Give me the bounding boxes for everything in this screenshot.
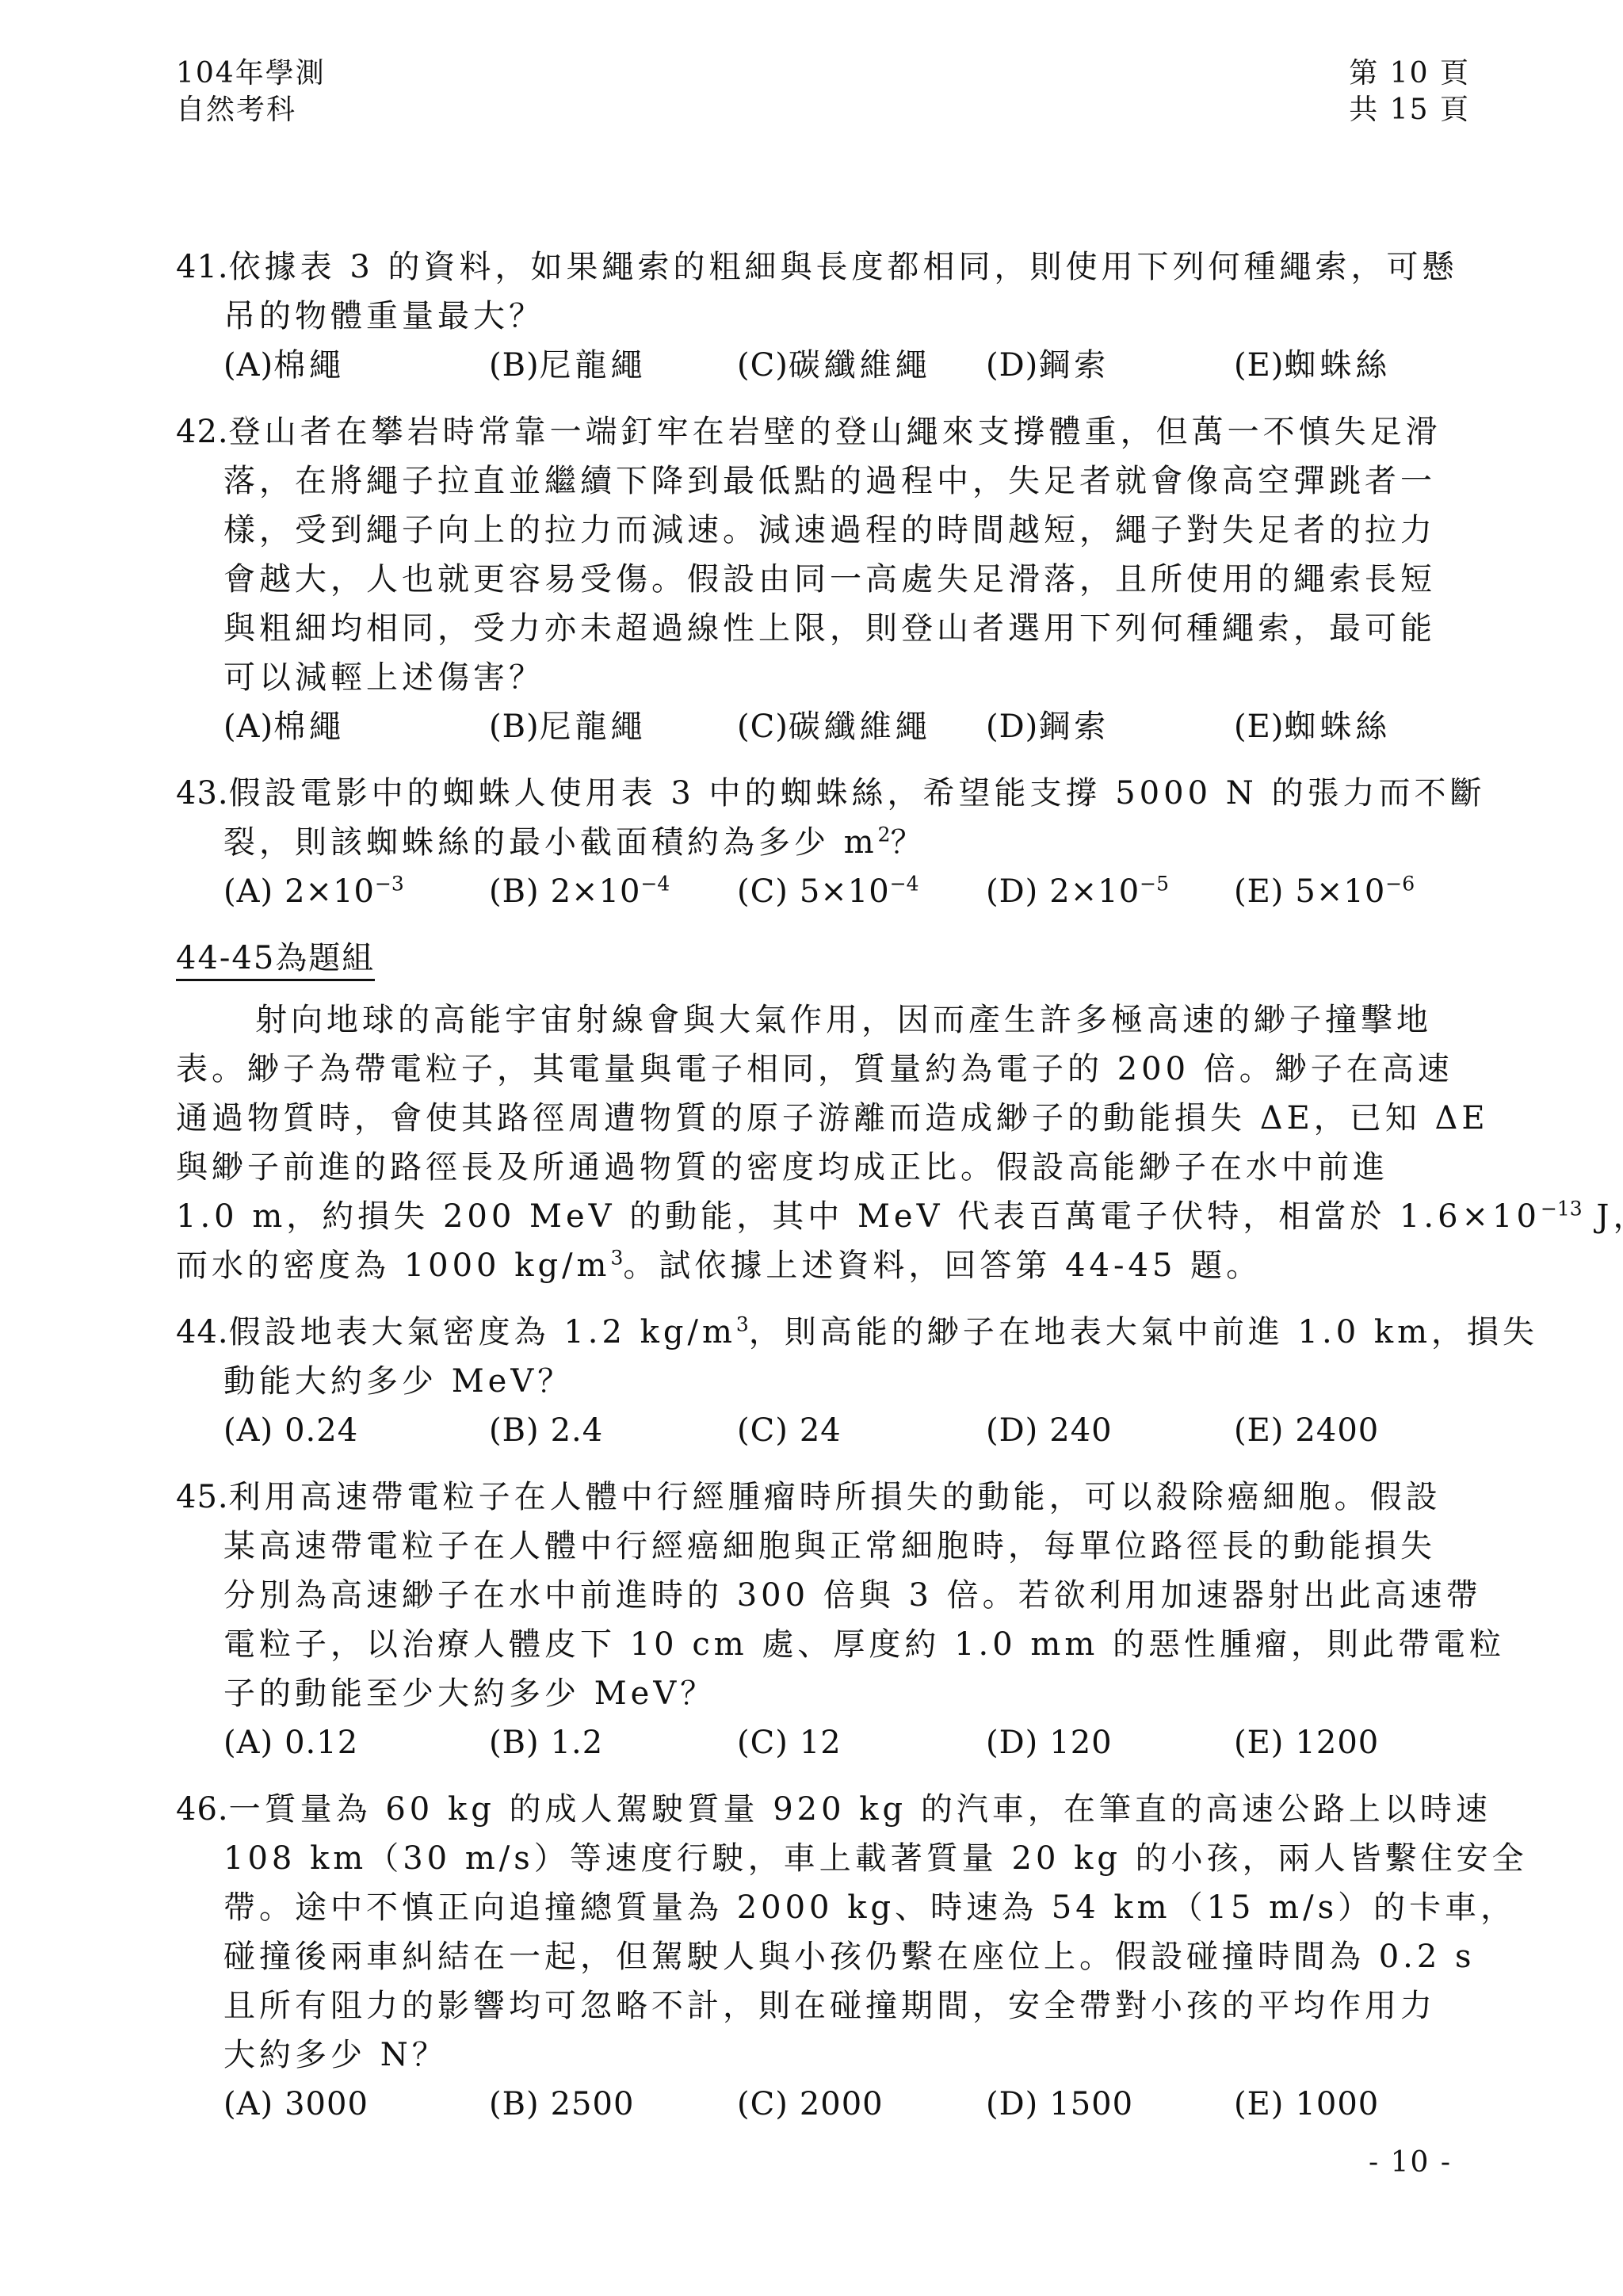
option-text: 2500	[551, 2086, 635, 2122]
group-heading: 44-45為題組	[176, 934, 1480, 983]
question-text: 假設電影中的蜘蛛人使用表 3 中的蜘蛛絲，希望能支撐 5000 N 的張力而不斷	[229, 769, 1486, 818]
group-heading-text: 44-45為題組	[176, 940, 375, 981]
header-left: 104年學測 自然考科	[176, 55, 326, 128]
question-number: 46.	[176, 1785, 229, 1834]
option-c: (C)12	[737, 1718, 986, 1767]
option-c: (C)碳纖維繩	[737, 702, 986, 751]
option-text: 棉繩	[273, 709, 345, 745]
option-text: 12	[800, 1725, 842, 1761]
option-text: 碳纖維繩	[789, 709, 931, 745]
options-row: (A)棉繩 (B)尼龍繩 (C)碳纖維繩 (D)鋼索 (E)蜘蛛絲	[176, 341, 1480, 390]
option-c: (C)2000	[737, 2080, 986, 2129]
option-label: (C)	[737, 709, 789, 745]
option-c: (C)5×10−4	[737, 867, 986, 916]
option-label: (E)	[1234, 873, 1284, 910]
option-label: (A)	[223, 709, 273, 745]
option-e: (E)1000	[1234, 2080, 1480, 2129]
option-text: 2×10−5	[1049, 873, 1169, 910]
option-text: 1000	[1295, 2086, 1379, 2122]
option-text: 1200	[1295, 1725, 1379, 1761]
option-c: (C)24	[737, 1406, 986, 1455]
question-text: ？	[891, 824, 926, 861]
options-row: (A)2×10−3 (B)2×10−4 (C)5×10−4 (D)2×10−5 …	[176, 867, 1480, 916]
option-b: (B)1.2	[489, 1718, 737, 1767]
option-text: 2×10−4	[551, 873, 670, 910]
option-d: (D)120	[986, 1718, 1234, 1767]
option-text: 24	[800, 1412, 842, 1449]
question-number: 45.	[176, 1473, 229, 1522]
option-label: (A)	[223, 347, 273, 384]
option-e: (E)5×10−6	[1234, 867, 1480, 916]
question-line: 裂，則該蜘蛛絲的最小截面積約為多少 m2？	[176, 818, 1480, 867]
question-line: 會越大，人也就更容易受傷。假設由同一高處失足滑落，且所使用的繩索長短	[176, 555, 1480, 604]
exam-page: 104年學測 自然考科 第 10 頁 共 15 頁 41. 依據表 3 的資料，…	[0, 0, 1623, 2296]
question-line: 碰撞後兩車糾結在一起，但駕駛人與小孩仍繫在座位上。假設碰撞時間為 0.2 s	[176, 1932, 1480, 1981]
question-line: 落，在將繩子拉直並繼續下降到最低點的過程中，失足者就會像高空彈跳者一	[176, 457, 1480, 506]
option-label: (E)	[1234, 1412, 1284, 1449]
exponent: −4	[890, 873, 919, 896]
option-text: 0.24	[285, 1412, 358, 1449]
option-b: (B)尼龍繩	[489, 702, 737, 751]
option-label: (B)	[489, 347, 540, 384]
option-c: (C)碳纖維繩	[737, 341, 986, 390]
question-number: 42.	[176, 407, 229, 457]
option-a: (A)0.24	[223, 1406, 489, 1455]
option-label: (C)	[737, 873, 789, 910]
option-text: 0.12	[285, 1725, 358, 1761]
option-d: (D)鋼索	[986, 341, 1234, 390]
question-line: 42. 登山者在攀岩時常靠一端釘牢在岩壁的登山繩來支撐體重，但萬一不慎失足滑	[176, 407, 1480, 457]
question-text: 一質量為 60 kg 的成人駕駛質量 920 kg 的汽車，在筆直的高速公路上以…	[229, 1785, 1491, 1834]
option-d: (D)鋼索	[986, 702, 1234, 751]
exponent: −4	[640, 873, 670, 896]
passage-line: 1.0 m，約損失 200 MeV 的動能，其中 MeV 代表百萬電子伏特，相當…	[176, 1192, 1480, 1241]
option-text: 2000	[800, 2086, 884, 2122]
option-label: (B)	[489, 1412, 540, 1449]
question-line: 可以減輕上述傷害？	[176, 653, 1480, 702]
question-45: 45. 利用高速帶電粒子在人體中行經腫瘤時所損失的動能，可以殺除癌細胞。假設 某…	[176, 1473, 1480, 1767]
option-d: (D)2×10−5	[986, 867, 1234, 916]
question-line: 子的動能至少大約多少 MeV？	[176, 1669, 1480, 1718]
option-label: (E)	[1234, 1725, 1284, 1761]
question-line: 46. 一質量為 60 kg 的成人駕駛質量 920 kg 的汽車，在筆直的高速…	[176, 1785, 1480, 1834]
option-label: (B)	[489, 2086, 540, 2122]
option-label: (C)	[737, 347, 789, 384]
option-label: (B)	[489, 709, 540, 745]
question-line: 43. 假設電影中的蜘蛛人使用表 3 中的蜘蛛絲，希望能支撐 5000 N 的張…	[176, 769, 1480, 818]
option-label: (A)	[223, 1725, 273, 1761]
question-line: 大約多少 N？	[176, 2030, 1480, 2080]
option-text: 鋼索	[1038, 709, 1109, 745]
option-d: (D)240	[986, 1406, 1234, 1455]
option-text: 蜘蛛絲	[1284, 709, 1391, 745]
question-text: 依據表 3 的資料，如果繩索的粗細與長度都相同，則使用下列何種繩索，可懸	[229, 243, 1480, 292]
option-e: (E)蜘蛛絲	[1234, 702, 1480, 751]
exam-title: 104年學測	[176, 55, 326, 92]
passage-line: 通過物質時，會使其路徑周遭物質的原子游離而造成緲子的動能損失 ΔE，已知 ΔE	[176, 1094, 1480, 1143]
question-line: 分別為高速緲子在水中前進時的 300 倍與 3 倍。若欲利用加速器射出此高速帶	[176, 1571, 1480, 1620]
question-line: 動能大約多少 MeV？	[176, 1357, 1480, 1406]
option-b: (B)尼龍繩	[489, 341, 737, 390]
exponent: −5	[1140, 873, 1169, 896]
question-line: 45. 利用高速帶電粒子在人體中行經腫瘤時所損失的動能，可以殺除癌細胞。假設	[176, 1473, 1480, 1522]
question-text: 假設地表大氣密度為 1.2 kg/m3，則高能的緲子在地表大氣中前進 1.0 k…	[229, 1308, 1538, 1357]
option-label: (D)	[986, 1412, 1038, 1449]
question-line: 某高速帶電粒子在人體中行經癌細胞與正常細胞時，每單位路徑長的動能損失	[176, 1522, 1480, 1571]
exponent: −3	[375, 873, 404, 896]
option-text: 碳纖維繩	[789, 347, 931, 384]
option-text: 5×10−4	[800, 873, 919, 910]
option-label: (A)	[223, 1412, 273, 1449]
option-a: (A)棉繩	[223, 702, 489, 751]
option-text: 尼龍繩	[540, 347, 647, 384]
option-text: 鋼索	[1038, 347, 1109, 384]
question-46: 46. 一質量為 60 kg 的成人駕駛質量 920 kg 的汽車，在筆直的高速…	[176, 1785, 1480, 2129]
option-text: 2400	[1295, 1412, 1379, 1449]
option-b: (B)2500	[489, 2080, 737, 2129]
subject-title: 自然考科	[176, 92, 326, 128]
option-label: (A)	[223, 873, 273, 910]
option-text: 2.4	[551, 1412, 604, 1449]
option-label: (E)	[1234, 347, 1284, 384]
page-number-footer: - 10 -	[1369, 2146, 1452, 2179]
passage-line: 而水的密度為 1000 kg/m3。試依據上述資料，回答第 44-45 題。	[176, 1241, 1480, 1290]
options-row: (A)0.12 (B)1.2 (C)12 (D)120 (E)1200	[176, 1718, 1480, 1767]
option-label: (B)	[489, 1725, 540, 1761]
option-text: 5×10−6	[1295, 873, 1415, 910]
exponent: −13	[1541, 1198, 1583, 1221]
option-a: (A)棉繩	[223, 341, 489, 390]
option-label: (D)	[986, 709, 1038, 745]
question-44: 44. 假設地表大氣密度為 1.2 kg/m3，則高能的緲子在地表大氣中前進 1…	[176, 1308, 1480, 1455]
option-label: (A)	[223, 2086, 273, 2122]
option-label: (D)	[986, 2086, 1038, 2122]
question-line: 與粗細均相同，受力亦未超過線性上限，則登山者選用下列何種繩索，最可能	[176, 604, 1480, 653]
option-e: (E)蜘蛛絲	[1234, 341, 1480, 390]
option-b: (B)2×10−4	[489, 867, 737, 916]
passage-line: 與緲子前進的路徑長及所通過物質的密度均成正比。假設高能緲子在水中前進	[176, 1143, 1480, 1192]
option-label: (E)	[1234, 709, 1284, 745]
option-text: 棉繩	[273, 347, 345, 384]
question-line: 44. 假設地表大氣密度為 1.2 kg/m3，則高能的緲子在地表大氣中前進 1…	[176, 1308, 1480, 1357]
option-label: (D)	[986, 1725, 1038, 1761]
option-label: (E)	[1234, 2086, 1284, 2122]
option-label: (C)	[737, 2086, 789, 2122]
page-indicator: 第 10 頁	[1349, 55, 1470, 92]
question-41: 41. 依據表 3 的資料，如果繩索的粗細與長度都相同，則使用下列何種繩索，可懸…	[176, 243, 1480, 390]
option-label: (D)	[986, 347, 1038, 384]
page-header: 104年學測 自然考科 第 10 頁 共 15 頁	[176, 55, 1470, 128]
question-line: 41. 依據表 3 的資料，如果繩索的粗細與長度都相同，則使用下列何種繩索，可懸	[176, 243, 1480, 292]
header-right: 第 10 頁 共 15 頁	[1349, 55, 1470, 128]
option-b: (B)2.4	[489, 1406, 737, 1455]
option-e: (E)2400	[1234, 1406, 1480, 1455]
option-text: 尼龍繩	[540, 709, 647, 745]
question-text: 裂，則該蜘蛛絲的最小截面積約為多少 m	[223, 824, 878, 861]
option-text: 1.2	[551, 1725, 604, 1761]
exponent: 3	[736, 1313, 749, 1336]
superscript: 2	[878, 823, 891, 846]
option-a: (A)0.12	[223, 1718, 489, 1767]
question-line: 且所有阻力的影響均可忽略不計，則在碰撞期間，安全帶對小孩的平均作用力	[176, 1981, 1480, 2030]
options-row: (A)3000 (B)2500 (C)2000 (D)1500 (E)1000	[176, 2080, 1480, 2129]
option-d: (D)1500	[986, 2080, 1234, 2129]
question-text: 登山者在攀岩時常靠一端釘牢在岩壁的登山繩來支撐體重，但萬一不慎失足滑	[229, 407, 1480, 457]
exponent: −6	[1385, 873, 1415, 896]
questions-area: 41. 依據表 3 的資料，如果繩索的粗細與長度都相同，則使用下列何種繩索，可懸…	[176, 243, 1480, 2146]
question-line: 吊的物體重量最大？	[176, 292, 1480, 341]
passage-line: 表。緲子為帶電粒子，其電量與電子相同，質量約為電子的 200 倍。緲子在高速	[176, 1045, 1480, 1094]
question-line: 帶。途中不慎正向追撞總質量為 2000 kg、時速為 54 km（15 m/s）…	[176, 1883, 1480, 1932]
page-number: - 10 -	[1369, 2146, 1452, 2179]
group-passage: 射向地球的高能宇宙射線會與大氣作用，因而產生許多極高速的緲子撞擊地 表。緲子為帶…	[176, 995, 1480, 1290]
option-a: (A)3000	[223, 2080, 489, 2129]
question-43: 43. 假設電影中的蜘蛛人使用表 3 中的蜘蛛絲，希望能支撐 5000 N 的張…	[176, 769, 1480, 916]
option-label: (C)	[737, 1412, 789, 1449]
question-number: 41.	[176, 243, 229, 292]
option-a: (A)2×10−3	[223, 867, 489, 916]
question-number: 43.	[176, 769, 229, 818]
options-row: (A)棉繩 (B)尼龍繩 (C)碳纖維繩 (D)鋼索 (E)蜘蛛絲	[176, 702, 1480, 751]
question-line: 108 km（30 m/s）等速度行駛，車上載著質量 20 kg 的小孩，兩人皆…	[176, 1834, 1480, 1883]
option-text: 3000	[285, 2086, 369, 2122]
option-text: 240	[1049, 1412, 1112, 1449]
option-text: 120	[1049, 1725, 1112, 1761]
exponent: 3	[610, 1247, 623, 1270]
option-text: 2×10−3	[285, 873, 404, 910]
question-text: 利用高速帶電粒子在人體中行經腫瘤時所損失的動能，可以殺除癌細胞。假設	[229, 1473, 1480, 1522]
option-text: 1500	[1049, 2086, 1133, 2122]
option-label: (D)	[986, 873, 1038, 910]
total-pages-indicator: 共 15 頁	[1349, 92, 1470, 128]
passage-line: 射向地球的高能宇宙射線會與大氣作用，因而產生許多極高速的緲子撞擊地	[176, 995, 1480, 1045]
options-row: (A)0.24 (B)2.4 (C)24 (D)240 (E)2400	[176, 1406, 1480, 1455]
question-line: 電粒子，以治療人體皮下 10 cm 處、厚度約 1.0 mm 的惡性腫瘤，則此帶…	[176, 1620, 1480, 1669]
question-line: 樣，受到繩子向上的拉力而減速。減速過程的時間越短，繩子對失足者的拉力	[176, 506, 1480, 555]
option-e: (E)1200	[1234, 1718, 1480, 1767]
question-42: 42. 登山者在攀岩時常靠一端釘牢在岩壁的登山繩來支撐體重，但萬一不慎失足滑 落…	[176, 407, 1480, 751]
option-label: (B)	[489, 873, 540, 910]
option-label: (C)	[737, 1725, 789, 1761]
option-text: 蜘蛛絲	[1284, 347, 1391, 384]
question-number: 44.	[176, 1308, 229, 1357]
